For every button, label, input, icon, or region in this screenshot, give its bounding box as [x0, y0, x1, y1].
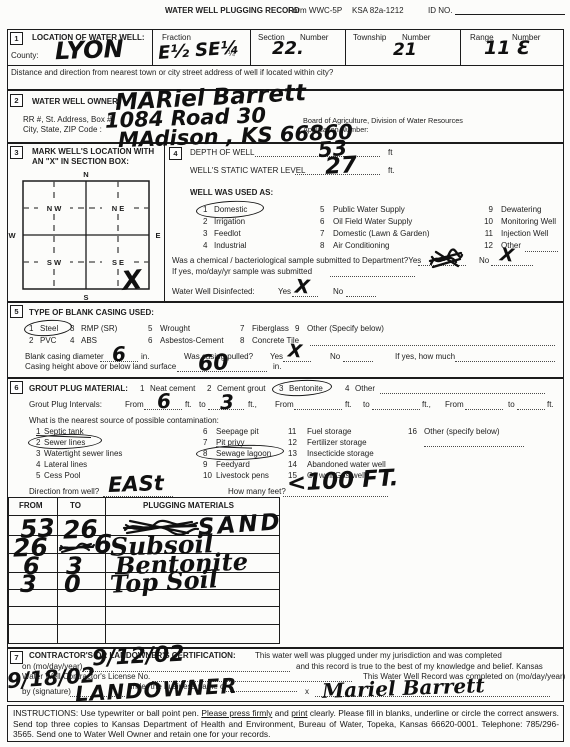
well-location-x-mark: X — [121, 267, 144, 295]
cont-option-number: 10 — [203, 472, 212, 480]
section6-title: GROUT PLUG MATERIAL: — [29, 385, 128, 393]
cont-option-label: Fertilizer storage — [307, 439, 367, 447]
quadrant-ne-label: N E — [112, 204, 125, 213]
cont-option-number: 16 — [408, 428, 417, 436]
certification-text-line1: This water well was plugged under my jur… — [255, 652, 502, 660]
owner-address-label: RR #, St. Address, Box #: — [23, 116, 114, 124]
section7-number-badge: 7 — [10, 651, 23, 664]
county-handwritten-value: LYON — [55, 37, 124, 63]
instructions-text: INSTRUCTIONS: Use typewriter or ball poi… — [13, 708, 559, 740]
casing-option-label: Wrought — [160, 325, 190, 333]
disinfected-no-label: No — [333, 288, 343, 296]
cont-option-number: 7 — [203, 439, 207, 447]
table-to-value: 0 — [64, 572, 81, 596]
use-option-label: Industrial — [214, 242, 246, 250]
how-much-dotted-leader — [455, 359, 555, 362]
interval-ft3-label: ft. — [547, 401, 554, 409]
owner-city-label: City, State, ZIP Code : — [23, 126, 102, 134]
grout-option-number: 1 — [140, 385, 144, 393]
section3-title-line2: AN "X" IN SECTION BOX: — [32, 158, 129, 166]
casing-diameter-label: Blank casing diameter — [25, 353, 104, 361]
quadrant-nw-label: N W — [47, 204, 63, 213]
owner-title: WATER WELL OWNER: — [32, 98, 121, 106]
diameter-handwritten-value: 6 — [111, 344, 126, 365]
grout-intervals-label: Grout Plug Intervals: — [29, 401, 102, 409]
sample-no-x-mark: X — [499, 246, 515, 265]
use-option-label: Irrigation — [214, 218, 245, 226]
interval-to-handwritten: 3 — [220, 392, 235, 412]
cont-other-dotted-line — [424, 444, 524, 447]
interval-from3-dotted — [465, 407, 503, 410]
cont-option-number: 5 — [36, 472, 40, 480]
casing-option-number: 7 — [240, 325, 244, 333]
pulled-yes-x-mark: X — [287, 342, 302, 361]
interval-to2-label: to — [363, 401, 370, 409]
table-material-scribble — [122, 518, 200, 536]
how-much-label: If yes, how much — [395, 353, 455, 361]
sample-no-label: No — [479, 257, 489, 265]
use-option-number: 9 — [479, 206, 493, 214]
cont-option-number: 3 — [36, 450, 40, 458]
cont-option-number: 14 — [288, 461, 297, 469]
use-option-number: 10 — [479, 218, 493, 226]
cont-option-number: 11 — [288, 428, 296, 436]
use-option-number: 2 — [203, 218, 207, 226]
owner-signature-handwritten: Mariel Barrett — [322, 675, 485, 701]
casing-option-label: Fiberglass — [252, 325, 289, 333]
section1-divider-4 — [460, 29, 461, 65]
cont-option-label: Feedyard — [216, 461, 250, 469]
casing-height-label: Casing height above or below land surfac… — [25, 363, 176, 371]
cont-option-label: Other (specify below) — [424, 428, 500, 436]
interval-to3-label: to — [508, 401, 515, 409]
use-option-label: Feedlot — [214, 230, 241, 238]
casing-option-label: ABS — [81, 337, 97, 345]
cont-option-label: Cess Pool — [44, 472, 80, 480]
casing-option-label: Other (Specify below) — [307, 325, 384, 333]
table-header-materials: PLUGGING MATERIALS — [143, 502, 234, 510]
id-number-blank-line — [455, 14, 565, 15]
section2-number-badge: 2 — [10, 94, 23, 107]
certification-text-line2: and this record is true to the best of m… — [296, 663, 543, 671]
direction-from-well-label: Direction from well? — [29, 488, 99, 496]
use-option-number: 8 — [320, 242, 324, 250]
pulled-yes-label: Yes — [270, 353, 283, 361]
cont-option-number: 6 — [203, 428, 207, 436]
casing-option-number: 8 — [240, 337, 244, 345]
sample-yes-scribble-mark — [428, 248, 464, 270]
use-option-label: Air Conditioning — [333, 242, 389, 250]
cont-option-label: Insecticide storage — [307, 450, 374, 458]
cont-option-label: Livestock pens — [216, 472, 269, 480]
section5-number-badge: 5 — [10, 305, 23, 318]
cont-option-number: 9 — [203, 461, 207, 469]
table-from-value: 3 — [20, 572, 37, 596]
use-other-dotted-leader — [525, 249, 558, 252]
compass-west-label: W — [8, 231, 16, 240]
section3-number-badge: 3 — [10, 146, 23, 159]
table-to-scribble — [58, 541, 96, 555]
disinfected-yes-label: Yes — [278, 288, 291, 296]
cont-option-number: 13 — [288, 450, 297, 458]
disinfected-label: Water Well Disinfected: — [172, 288, 255, 296]
use-option-label: Monitoring Well — [501, 218, 556, 226]
casing-option-label: RMP (SR) — [81, 325, 117, 333]
section5-title: TYPE OF BLANK CASING USED: — [29, 309, 154, 317]
casing-option-number: 6 — [148, 337, 152, 345]
well-used-as-label: WELL WAS USED AS: — [190, 189, 273, 197]
compass-south-label: S — [83, 293, 88, 302]
use-option-label: Dewatering — [501, 206, 541, 214]
compass-east-label: E — [155, 231, 160, 240]
table-header-from: FROM — [19, 502, 43, 510]
section1-number-badge: 1 — [10, 32, 23, 45]
grout-option-label: Other — [355, 385, 375, 393]
sample-question: Was a chemical / bacteriological sample … — [172, 257, 421, 265]
direction-handwritten-value: EASt — [108, 473, 164, 496]
casing-option-number: 5 — [148, 325, 152, 333]
static-unit: ft. — [388, 167, 395, 175]
use-option-number: 12 — [479, 242, 493, 250]
cont-option-label: Watertight sewer lines — [44, 450, 122, 458]
pulled-no-dotted-leader — [343, 359, 373, 362]
use-option-label: Public Water Supply — [333, 206, 405, 214]
use-option-number: 7 — [320, 230, 324, 238]
use-option-label: Domestic (Lawn & Garden) — [333, 230, 429, 238]
use-option-number: 11 — [479, 230, 493, 238]
interval-ft-label: ft. — [185, 401, 192, 409]
static-handwritten-value: 27 — [324, 154, 357, 179]
instructions-seg2: and — [272, 708, 291, 718]
table-material-value: Top Soil — [109, 567, 218, 597]
pulled-no-label: No — [330, 353, 340, 361]
completed-date-handwritten: 9/12/02 — [91, 644, 185, 671]
use-option-number: 3 — [203, 230, 207, 238]
if-yes-dotted-leader — [330, 274, 415, 277]
county-label: County: — [11, 52, 39, 60]
compass-north-label: N — [83, 170, 88, 179]
plugging-table-col-divider-2 — [105, 497, 106, 644]
instructions-seg1: INSTRUCTIONS: Use typewriter or ball poi… — [13, 708, 201, 718]
section6-number-badge: 6 — [10, 381, 23, 394]
cont-option-label: Fuel storage — [307, 428, 351, 436]
water-well-plugging-record-form: WATER WELL PLUGGING RECORD Form WWC-5P K… — [0, 0, 570, 747]
quadrant-se-label: S E — [112, 258, 124, 267]
grout-option-number: 4 — [345, 385, 349, 393]
plugging-table-row-line — [8, 606, 280, 607]
table-header-to: TO — [70, 502, 81, 510]
cont-option-number: 4 — [36, 461, 40, 469]
plugging-table-row-line — [8, 624, 280, 625]
casing-option-number: 2 — [29, 337, 33, 345]
contamination-question: What is the nearest source of possible c… — [29, 417, 219, 425]
use-option-label: Injection Well — [501, 230, 548, 238]
disinfected-no-dotted-leader — [346, 294, 376, 297]
instructions-underlined-print: print — [291, 708, 307, 718]
table-to-value: 26 — [63, 516, 99, 542]
depth-unit: ft — [388, 149, 392, 157]
if-yes-sample-label: If yes, mo/day/yr sample was submitted — [172, 268, 312, 276]
cont-option-label: Lateral lines — [44, 461, 87, 469]
interval-to2-dotted — [372, 407, 420, 410]
township-handwritten-value: 21 — [393, 42, 417, 59]
interval-ft2-label: ft. — [345, 401, 352, 409]
use-option-number: 4 — [203, 242, 207, 250]
section1-divider-1 — [152, 29, 153, 65]
disinfected-yes-x-mark: X — [294, 278, 310, 298]
signature-x-label: x — [305, 688, 309, 696]
interval-from-label: From — [125, 401, 144, 409]
interval-from2-label: From — [275, 401, 294, 409]
how-many-feet-label: How many feet? — [228, 488, 286, 496]
interval-ft2-comma-label: ft., — [422, 401, 431, 409]
form-title: WATER WELL PLUGGING RECORD — [165, 7, 300, 15]
statute-ref: KSA 82a-1212 — [352, 7, 404, 15]
plugging-table-col-divider-1 — [57, 497, 58, 644]
casing-option-number: 4 — [70, 337, 74, 345]
use-option-label: Oil Field Water Supply — [333, 218, 412, 226]
range-handwritten-value: 11 Ɛ — [484, 39, 530, 58]
use-option-number: 6 — [320, 218, 324, 226]
interval-ft-comma-label: ft., — [248, 401, 257, 409]
section-number-label: Number — [300, 34, 328, 42]
casing-other-dotted-line — [310, 343, 555, 346]
height-handwritten-value: 60 — [197, 352, 229, 376]
interval-from-handwritten: 6 — [156, 391, 171, 412]
height-unit: in. — [273, 363, 281, 371]
form-number: Form WWC-5P — [288, 7, 342, 15]
cont-option-number: 12 — [288, 439, 297, 447]
township-label: Township — [353, 34, 386, 42]
distance-question: Distance and direction from nearest town… — [11, 69, 333, 77]
static-water-level-label: WELL'S STATIC WATER LEVEL — [190, 167, 305, 175]
interval-to-label: to — [199, 401, 206, 409]
section-handwritten-value: 22. — [272, 40, 304, 58]
diameter-unit: in. — [141, 353, 149, 361]
casing-option-label: PVC — [40, 337, 56, 345]
id-number-label: ID NO. — [428, 7, 452, 15]
section1-row-divider — [7, 65, 564, 66]
feet-handwritten-value: <100 FT. — [286, 467, 399, 496]
grout-option-number: 2 — [207, 385, 211, 393]
section1-divider-2 — [250, 29, 251, 65]
interval-from3-label: From — [445, 401, 464, 409]
use-option-number: 5 — [320, 206, 324, 214]
instructions-underlined-press-firmly: Please press firmly — [201, 708, 272, 718]
casing-option-number: 9 — [295, 325, 299, 333]
grout-other-dotted-leader — [380, 391, 545, 394]
casing-option-label: Asbestos-Cement — [160, 337, 224, 345]
depth-of-well-label: DEPTH OF WELL — [190, 149, 254, 157]
interval-to3-dotted — [517, 407, 545, 410]
interval-from2-dotted — [294, 407, 342, 410]
cont-option-label: Seepage pit — [216, 428, 259, 436]
section1-divider-3 — [345, 29, 346, 65]
quadrant-sw-label: S W — [47, 258, 62, 267]
